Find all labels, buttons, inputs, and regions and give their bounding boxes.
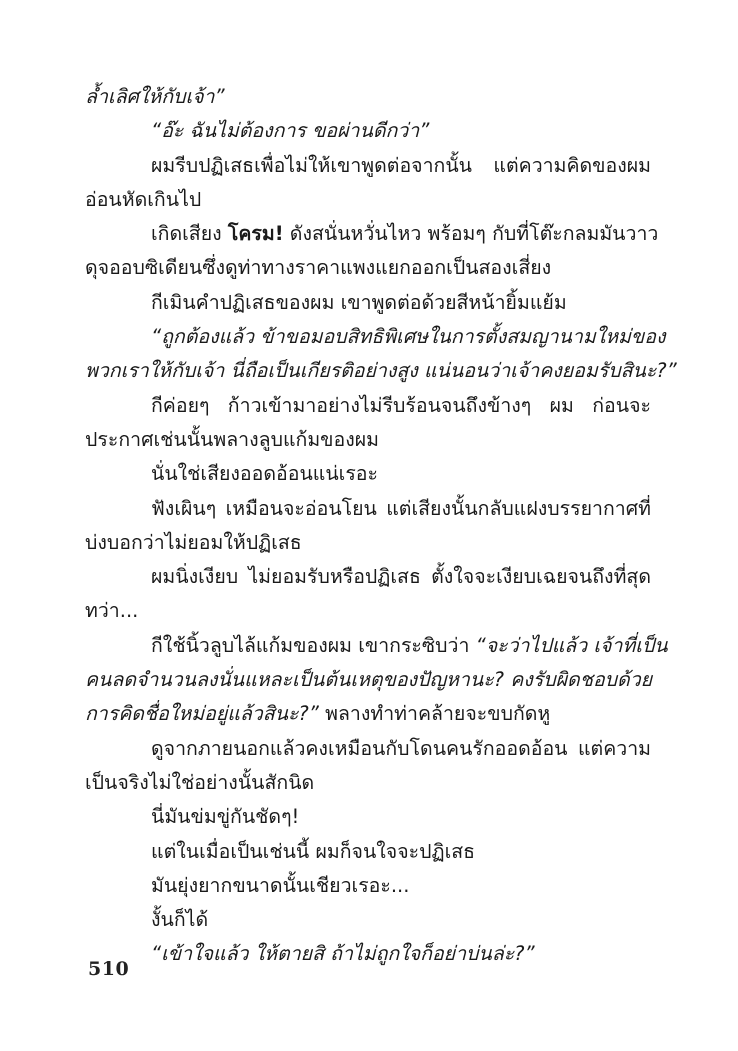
paragraph-first-line: กีค่อยๆ ก้าวเข้ามาอย่างไม่รีบร้อนจนถึงข้…: [85, 389, 651, 423]
narration-text: อ่อนหัดเกินไป: [85, 188, 201, 211]
dialogue-text: “เข้าใจแล้ว ให้ตายสิ ถ้าไม่ถูกใจก็อย่าบ่…: [151, 942, 535, 965]
paragraph-first-line: เกิดเสียง โครม! ดังสนั่นหวั่นไหว พร้อมๆ …: [85, 217, 651, 251]
paragraph-first-line: ฟังเผินๆ เหมือนจะอ่อนโยน แต่เสียงนั้นกลั…: [85, 492, 651, 526]
emphasis-text: โครม!: [228, 222, 284, 245]
body-text: ล้ำเลิศให้กับเจ้า”“อ๊ะ ฉันไม่ต้องการ ขอผ…: [85, 80, 651, 972]
paragraph-line: ประกาศเช่นนั้นพลางลูบแก้มของผม: [85, 423, 651, 457]
dialogue-text: พวกเราให้กับเจ้า นี่ถือเป็นเกียรติอย่างส…: [85, 359, 677, 382]
narration-text: ฟังเผินๆ เหมือนจะอ่อนโยน แต่เสียงนั้นกลั…: [151, 497, 651, 520]
narration-text: นั่นใช่เสียงออดอ้อนแน่เรอะ: [151, 462, 378, 485]
narration-text: ดุจออบซิเดียนซึ่งดูท่าทางราคาแพงแยกออกเป…: [85, 256, 551, 279]
paragraph-first-line: ผมรีบปฏิเสธเพื่อไม่ให้เขาพูดต่อจากนั้น แ…: [85, 149, 651, 183]
narration-text: ทว่า...: [85, 599, 138, 622]
narration-text: พลางทำท่าคล้ายจะขบกัดหู: [319, 702, 550, 725]
dialogue-text: คนลดจำนวนลงนั่นแหละเป็นต้นเหตุของปัญหานะ…: [85, 668, 652, 691]
narration-text: เกิดเสียง: [151, 222, 228, 245]
paragraph-first-line: กีเมินคำปฏิเสธของผม เขาพูดต่อด้วยสีหน้าย…: [85, 286, 651, 320]
paragraph-first-line: “เข้าใจแล้ว ให้ตายสิ ถ้าไม่ถูกใจก็อย่าบ่…: [85, 937, 651, 971]
dialogue-text: การคิดชื่อใหม่อยู่แล้วสินะ?”: [85, 702, 319, 725]
paragraph-line: พวกเราให้กับเจ้า นี่ถือเป็นเกียรติอย่างส…: [85, 354, 651, 388]
dialogue-text: “จะว่าไปแล้ว เจ้าที่เป็น: [476, 634, 668, 657]
paragraph-line: บ่งบอกว่าไม่ยอมให้ปฏิเสธ: [85, 526, 651, 560]
paragraph-first-line: นี่มันข่มขู่กันชัดๆ!: [85, 800, 651, 834]
narration-text: มันยุ่งยากขนาดนั้นเชียวเรอะ...: [151, 874, 409, 897]
paragraph-line: ดุจออบซิเดียนซึ่งดูท่าทางราคาแพงแยกออกเป…: [85, 251, 651, 285]
dialogue-text: “ถูกต้องแล้ว ข้าขอมอบสิทธิพิเศษในการตั้ง…: [151, 325, 665, 348]
narration-text: ดังสนั่นหวั่นไหว พร้อมๆ กับที่โต๊ะกลมมัน…: [284, 222, 659, 245]
narration-text: เป็นจริงไม่ใช่อย่างนั้นสักนิด: [85, 771, 314, 794]
paragraph-first-line: ผมนิ่งเงียบ ไม่ยอมรับหรือปฏิเสธ ตั้งใจจะ…: [85, 560, 651, 594]
narration-text: ดูจากภายนอกแล้วคงเหมือนกับโดนคนรักออดอ้อ…: [151, 737, 651, 760]
narration-text: ผมนิ่งเงียบ ไม่ยอมรับหรือปฏิเสธ ตั้งใจจะ…: [151, 565, 651, 588]
page-number: 510: [88, 958, 129, 980]
dialogue-text: ล้ำเลิศให้กับเจ้า”: [85, 85, 225, 108]
narration-text: กีค่อยๆ ก้าวเข้ามาอย่างไม่รีบร้อนจนถึงข้…: [151, 394, 651, 417]
paragraph-first-line: มันยุ่งยากขนาดนั้นเชียวเรอะ...: [85, 869, 651, 903]
narration-text: นี่มันข่มขู่กันชัดๆ!: [151, 805, 299, 828]
paragraph-line: อ่อนหัดเกินไป: [85, 183, 651, 217]
paragraph-line: ทว่า...: [85, 594, 651, 628]
narration-text: กีเมินคำปฏิเสธของผม เขาพูดต่อด้วยสีหน้าย…: [151, 291, 567, 314]
paragraph-line: เป็นจริงไม่ใช่อย่างนั้นสักนิด: [85, 766, 651, 800]
narration-text: บ่งบอกว่าไม่ยอมให้ปฏิเสธ: [85, 531, 302, 554]
paragraph-line: ล้ำเลิศให้กับเจ้า”: [85, 80, 651, 114]
paragraph-first-line: งั้นก็ได้: [85, 903, 651, 937]
book-page: ล้ำเลิศให้กับเจ้า”“อ๊ะ ฉันไม่ต้องการ ขอผ…: [0, 0, 738, 1051]
paragraph-first-line: แต่ในเมื่อเป็นเช่นนี้ ผมก็จนใจจะปฏิเสธ: [85, 835, 651, 869]
paragraph-line: คนลดจำนวนลงนั่นแหละเป็นต้นเหตุของปัญหานะ…: [85, 663, 651, 697]
dialogue-text: “อ๊ะ ฉันไม่ต้องการ ขอผ่านดีกว่า”: [151, 119, 429, 142]
paragraph-first-line: “อ๊ะ ฉันไม่ต้องการ ขอผ่านดีกว่า”: [85, 114, 651, 148]
paragraph-first-line: กีใช้นิ้วลูบไล้แก้มของผม เขากระซิบว่า “จ…: [85, 629, 651, 663]
narration-text: ผมรีบปฏิเสธเพื่อไม่ให้เขาพูดต่อจากนั้น แ…: [151, 154, 651, 177]
narration-text: แต่ในเมื่อเป็นเช่นนี้ ผมก็จนใจจะปฏิเสธ: [151, 840, 475, 863]
paragraph-first-line: “ถูกต้องแล้ว ข้าขอมอบสิทธิพิเศษในการตั้ง…: [85, 320, 651, 354]
narration-text: งั้นก็ได้: [151, 908, 208, 931]
paragraph-first-line: นั่นใช่เสียงออดอ้อนแน่เรอะ: [85, 457, 651, 491]
narration-text: ประกาศเช่นนั้นพลางลูบแก้มของผม: [85, 428, 379, 451]
narration-text: กีใช้นิ้วลูบไล้แก้มของผม เขากระซิบว่า: [151, 634, 476, 657]
paragraph-first-line: ดูจากภายนอกแล้วคงเหมือนกับโดนคนรักออดอ้อ…: [85, 732, 651, 766]
paragraph-line: การคิดชื่อใหม่อยู่แล้วสินะ?” พลางทำท่าคล…: [85, 697, 651, 731]
